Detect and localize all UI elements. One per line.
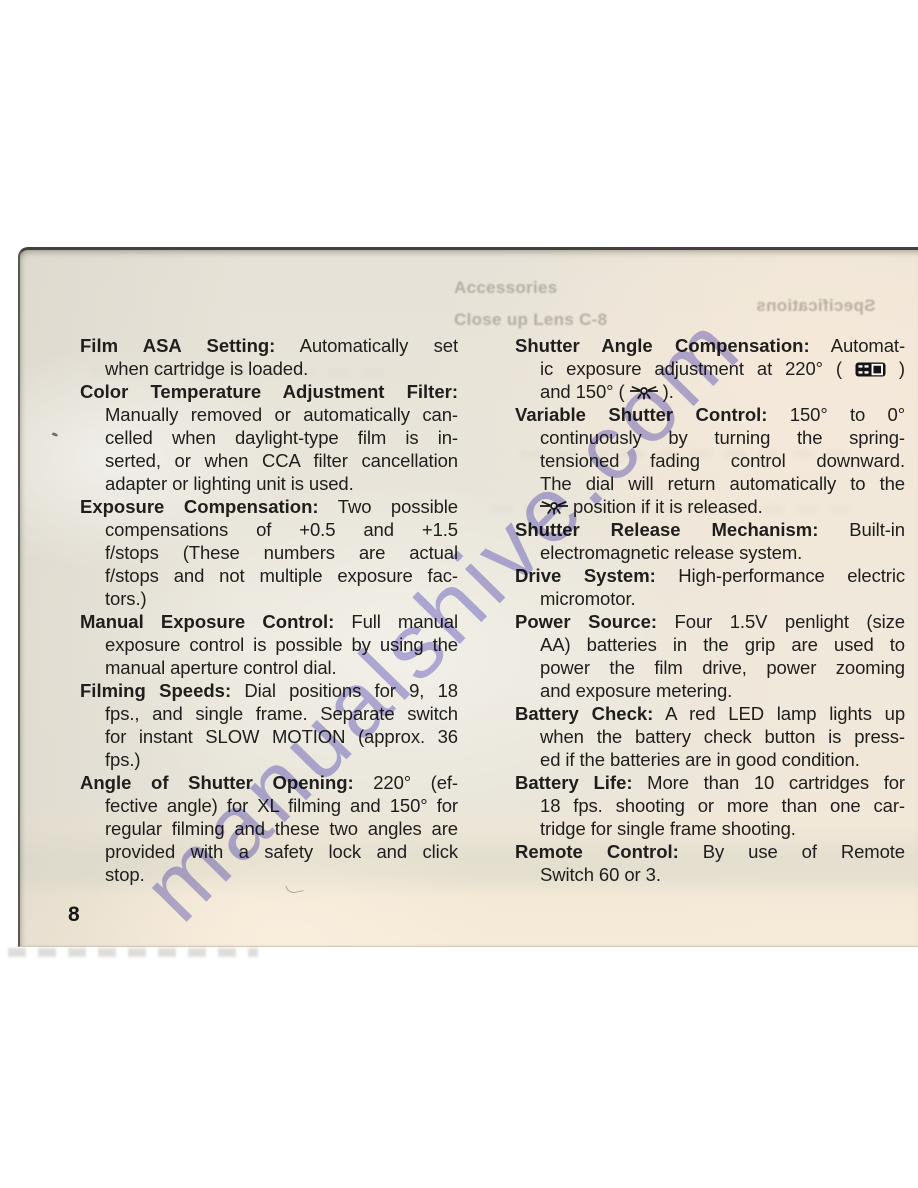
- spec-line: Remote Control: By use of Remote: [515, 840, 905, 863]
- spec-term: Shutter Angle Compensation:: [515, 335, 810, 356]
- spec-line: power the film drive, power zooming: [515, 656, 905, 679]
- spec-line: serted, or when CCA filter cancellation: [80, 449, 458, 472]
- spec-term: Battery Life:: [515, 772, 633, 793]
- spec-column-right: Shutter Angle Compensation: Automat-ic e…: [515, 334, 905, 886]
- pencil-mark: [285, 882, 303, 894]
- spec-entry: Filming Speeds: Dial positions for 9, 18…: [80, 679, 458, 771]
- spec-line: electromagnetic release system.: [515, 541, 905, 564]
- spec-entry: Film ASA Setting: Automatically setwhen …: [80, 334, 458, 380]
- spec-term: Remote Control:: [515, 841, 679, 862]
- ghost-text-close-up-lens: Close up Lens C-8: [454, 310, 607, 330]
- scanner-artifact: [8, 948, 258, 957]
- spec-line: Manually removed or automatically can-: [80, 403, 458, 426]
- spec-line: regular filming and these two angles are: [80, 817, 458, 840]
- spec-line: Angle of Shutter Opening: 220° (ef-: [80, 771, 458, 794]
- scan-speck: [52, 432, 59, 437]
- spec-entry: Shutter Release Mechanism: Built-inelect…: [515, 518, 905, 564]
- spec-line: and 150° ( ).: [515, 380, 905, 403]
- sunlight-icon: [540, 499, 568, 515]
- spec-line: Battery Check: A red LED lamp lights up: [515, 702, 905, 725]
- spec-term: Variable Shutter Control:: [515, 404, 767, 425]
- spec-line: provided with a safety lock and click: [80, 840, 458, 863]
- spec-line: tensioned fading control downward.: [515, 449, 905, 472]
- spec-column-left: Film ASA Setting: Automatically setwhen …: [80, 334, 458, 886]
- spec-line: AA) batteries in the grip are used to: [515, 633, 905, 656]
- spec-line: Battery Life: More than 10 cartridges fo…: [515, 771, 905, 794]
- spec-line: stop.: [80, 863, 458, 886]
- spec-line: Manual Exposure Control: Full manual: [80, 610, 458, 633]
- spec-line: 18 fps. shooting or more than one car-: [515, 794, 905, 817]
- spec-line: micromotor.: [515, 587, 905, 610]
- spec-entry: Color Temperature Adjustment Filter:Manu…: [80, 380, 458, 495]
- spec-line: The dial will return automatically to th…: [515, 472, 905, 495]
- spec-entry: Exposure Compensation: Two possiblecompe…: [80, 495, 458, 610]
- spec-entry: Shutter Angle Compensation: Automat-ic e…: [515, 334, 905, 403]
- spec-line: Drive System: High-performance electric: [515, 564, 905, 587]
- spec-line: ic exposure adjustment at 220° ( ): [515, 357, 905, 380]
- spec-line: when cartridge is loaded.: [80, 357, 458, 380]
- spec-entry: Variable Shutter Control: 150° to 0°cont…: [515, 403, 905, 518]
- spec-line: f/stops (These numbers are actual: [80, 541, 458, 564]
- spec-term: Exposure Compensation:: [80, 496, 319, 517]
- spec-line: Variable Shutter Control: 150° to 0°: [515, 403, 905, 426]
- spec-line: and exposure metering.: [515, 679, 905, 702]
- spec-term: Power Source:: [515, 611, 657, 632]
- spec-term: Filming Speeds:: [80, 680, 231, 701]
- manual-page: Accessories Close up Lens C-8 Specificat…: [18, 247, 918, 947]
- ghost-text-specifications-mirrored: Specifications: [756, 296, 875, 316]
- cartridge-icon: [855, 362, 886, 377]
- spec-line: fps., and single frame. Separate switch: [80, 702, 458, 725]
- spec-term: Film ASA Setting:: [80, 335, 275, 356]
- spec-term: Shutter Release Mechanism:: [515, 519, 818, 540]
- page-number: 8: [68, 903, 80, 927]
- spec-entry: Power Source: Four 1.5V penlight (sizeAA…: [515, 610, 905, 702]
- spec-line: fective angle) for XL filming and 150° f…: [80, 794, 458, 817]
- spec-line: Power Source: Four 1.5V penlight (size: [515, 610, 905, 633]
- scanned-manual-photo: Accessories Close up Lens C-8 Specificat…: [0, 0, 918, 1188]
- spec-entry: Battery Check: A red LED lamp lights upw…: [515, 702, 905, 771]
- spec-entry: Manual Exposure Control: Full manualexpo…: [80, 610, 458, 679]
- spec-line: tridge for single frame shooting.: [515, 817, 905, 840]
- spec-line: tors.): [80, 587, 458, 610]
- spec-line: ed if the batteries are in good conditio…: [515, 748, 905, 771]
- spec-line: Shutter Angle Compensation: Automat-: [515, 334, 905, 357]
- spec-entry: Remote Control: By use of RemoteSwitch 6…: [515, 840, 905, 886]
- spec-term: Angle of Shutter Opening:: [80, 772, 354, 793]
- spec-line: Exposure Compensation: Two possible: [80, 495, 458, 518]
- spec-line: compensations of +0.5 and +1.5: [80, 518, 458, 541]
- spec-line: celled when daylight-type film is in-: [80, 426, 458, 449]
- spec-entry: Angle of Shutter Opening: 220° (ef-fecti…: [80, 771, 458, 886]
- spec-line: Switch 60 or 3.: [515, 863, 905, 886]
- spec-term: Manual Exposure Control:: [80, 611, 334, 632]
- spec-entry: Drive System: High-performance electricm…: [515, 564, 905, 610]
- spec-line: continuously by turning the spring-: [515, 426, 905, 449]
- spec-line: when the battery check button is press-: [515, 725, 905, 748]
- spec-line: for instant SLOW MOTION (approx. 36: [80, 725, 458, 748]
- spec-line: Color Temperature Adjustment Filter:: [80, 380, 458, 403]
- spec-line: fps.): [80, 748, 458, 771]
- spec-term: Color Temperature Adjustment Filter:: [80, 381, 458, 402]
- spec-line: adapter or lighting unit is used.: [80, 472, 458, 495]
- ghost-text-accessories: Accessories: [454, 278, 557, 298]
- sunlight-icon: [630, 384, 658, 400]
- spec-term: Battery Check:: [515, 703, 653, 724]
- spec-line: position if it is released.: [515, 495, 905, 518]
- spec-line: exposure control is possible by using th…: [80, 633, 458, 656]
- spec-line: f/stops and not multiple exposure fac-: [80, 564, 458, 587]
- spec-line: Shutter Release Mechanism: Built-in: [515, 518, 905, 541]
- spec-entry: Battery Life: More than 10 cartridges fo…: [515, 771, 905, 840]
- spec-line: Film ASA Setting: Automatically set: [80, 334, 458, 357]
- spec-term: Drive System:: [515, 565, 656, 586]
- spec-line: Filming Speeds: Dial positions for 9, 18: [80, 679, 458, 702]
- spec-line: manual aperture control dial.: [80, 656, 458, 679]
